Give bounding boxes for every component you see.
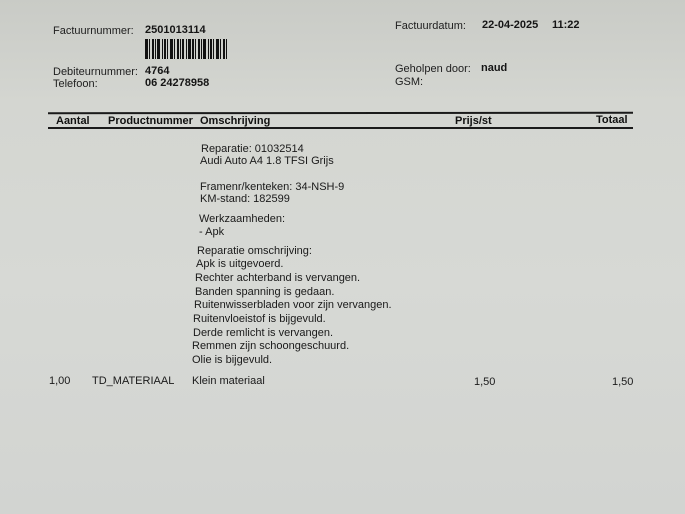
column-product-number: Productnummer: [108, 115, 193, 127]
description-line: Olie is bijgevuld.: [192, 354, 272, 366]
invoice-date-label: Factuurdatum:: [395, 20, 466, 32]
repair-description-label: Reparatie omschrijving:: [197, 245, 312, 257]
invoice-number-label: Factuurnummer:: [53, 25, 134, 37]
description-line: Rechter achterband is vervangen.: [195, 272, 360, 284]
table-top-rule: [48, 112, 633, 115]
barcode: [145, 39, 258, 59]
km-reading: KM-stand: 182599: [200, 193, 290, 205]
invoice-time: 11:22: [552, 19, 580, 31]
item-product-number: TD_MATERIAAL: [92, 375, 174, 387]
description-line: Remmen zijn schoongeschuurd.: [192, 340, 349, 352]
description-line: Ruitenwisserbladen voor zijn vervangen.: [194, 299, 392, 311]
helped-by: naud: [481, 62, 507, 74]
item-description: Klein materiaal: [192, 375, 265, 387]
work-item: - Apk: [199, 226, 224, 238]
work-label: Werkzaamheden:: [199, 213, 285, 225]
item-quantity: 1,00: [49, 375, 70, 387]
vehicle-description: Audi Auto A4 1.8 TFSI Grijs: [200, 155, 334, 167]
description-line: Banden spanning is gedaan.: [195, 286, 334, 298]
column-quantity: Aantal: [56, 115, 90, 127]
column-description: Omschrijving: [200, 115, 270, 127]
description-line: Derde remlicht is vervangen.: [193, 327, 333, 339]
invoice-number: 2501013114: [145, 24, 206, 36]
phone-label: Telefoon:: [53, 78, 98, 90]
debtor-number-label: Debiteurnummer:: [53, 66, 138, 78]
description-line: Apk is uitgevoerd.: [196, 258, 283, 270]
gsm-label: GSM:: [395, 76, 423, 88]
repair-number: Reparatie: 01032514: [201, 143, 304, 155]
frame-plate: Framenr/kenteken: 34-NSH-9: [200, 181, 344, 193]
phone-number: 06 24278958: [145, 77, 209, 89]
description-line: Ruitenvloeistof is bijgevuld.: [193, 313, 326, 325]
item-total: 1,50: [612, 376, 633, 388]
column-total: Totaal: [596, 114, 628, 126]
item-unit-price: 1,50: [474, 376, 495, 388]
invoice-date: 22-04-2025: [482, 19, 538, 31]
column-unit-price: Prijs/st: [455, 115, 492, 127]
debtor-number: 4764: [145, 65, 169, 77]
helped-by-label: Geholpen door:: [395, 63, 471, 75]
table-header-rule: [48, 127, 633, 129]
